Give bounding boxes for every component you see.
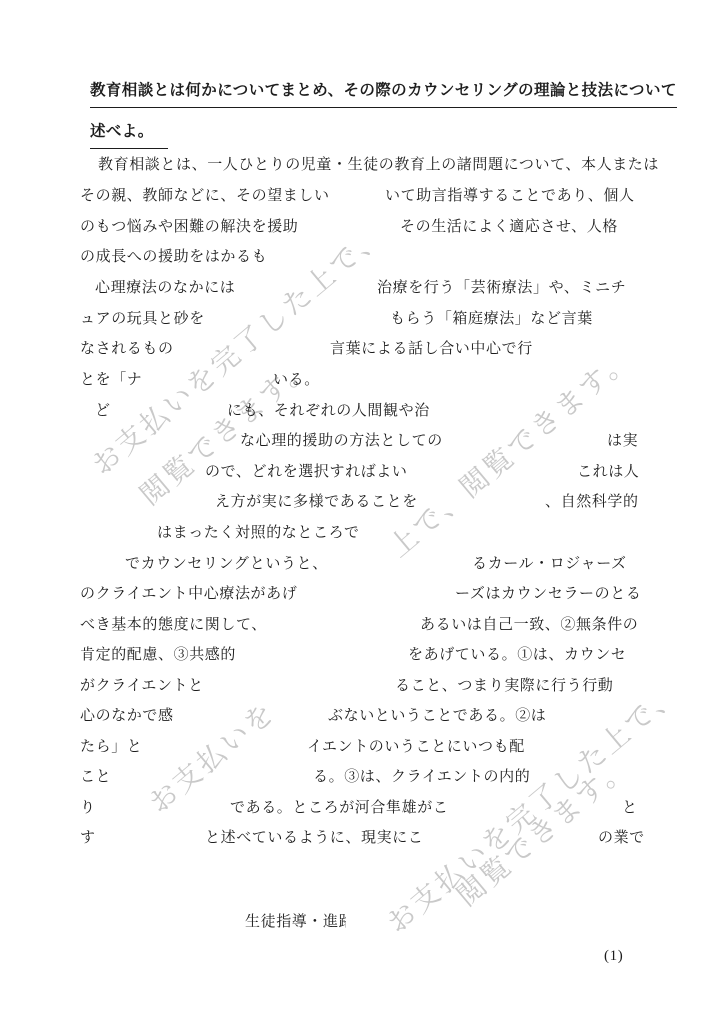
document-page: お支払いを完了した上で、 閲覧できます。 上で、閲覧できます。 お支払いを お支…: [0, 0, 724, 1024]
body-text-fragment: もらう「箱庭療法」など言葉: [390, 311, 593, 328]
body-text-fragment: す: [80, 830, 96, 847]
body-text-fragment: は実: [607, 433, 638, 450]
body-text-fragment: のクライエント中心療法があげ: [80, 586, 297, 603]
page-number: (1): [604, 948, 623, 965]
body-text-fragment: ーズはカウンセラーのとる: [455, 586, 641, 603]
body-text-fragment: り: [80, 800, 96, 817]
body-text-fragment: あるいは自己一致、②無条件の: [420, 617, 638, 634]
body-text-fragment: 治療を行う「芸術療法」や、ミニチ: [377, 280, 626, 297]
body-text-fragment: イエントのいうことにいつも配: [307, 739, 525, 756]
body-text-fragment: ど: [95, 403, 111, 420]
body-text-fragment: これは人: [577, 464, 639, 481]
body-text-fragment: とを「ナ: [80, 372, 142, 389]
body-text-fragment: たら」と: [80, 739, 142, 756]
body-text-fragment: の業で: [598, 830, 645, 847]
body-text-fragment: べき基本的態度に関して、: [80, 617, 267, 634]
body-text-fragment: ュアの玩具と砂を: [80, 311, 205, 328]
body-text-fragment: その親、教師などに、その望ましい: [80, 188, 330, 205]
body-text-fragment: 、自然科学的: [545, 494, 639, 511]
body-text-fragment: でカウンセリングというと、: [125, 556, 328, 573]
body-text-fragment: る。③は、クライエントの内的: [313, 769, 530, 786]
body-text-fragment: はまったく対照的なところで: [157, 525, 360, 542]
body-text-fragment: 言葉による話し合い中心で行: [330, 341, 533, 358]
body-text-fragment: るカール・ロジャーズ: [472, 556, 627, 573]
body-text-fragment: 教育相談とは、一人ひとりの児童・生徒の教育上の諸問題について、本人または: [98, 157, 659, 174]
body-text-fragment: いる。: [273, 372, 320, 389]
body-text-fragment: をあげている。①は、カウンセ: [408, 647, 626, 664]
body-text-fragment: 心理療法のなかには: [95, 280, 235, 297]
body-text-fragment: いて助言指導することであり、個人: [385, 188, 635, 205]
body-text-fragment: と述べているように、現実にこ: [205, 830, 423, 847]
body-text-fragment: の成長への援助をはかるも: [80, 249, 267, 266]
body-text-fragment: こと: [80, 769, 111, 786]
body-text-fragment: その生活によく適応させ、人格: [400, 219, 618, 236]
body-text-fragment: 心のなかで感: [80, 708, 174, 725]
body-text-fragment: がクライエントと: [80, 678, 204, 695]
footer-course-label: 生徒指導・進路: [245, 914, 346, 931]
body-text-fragment: と: [622, 800, 638, 817]
watermark-text: 上で、閲覧できます。: [379, 337, 640, 565]
footer-course-label-clipped-char: 路: [339, 914, 346, 931]
body-text-fragment: ので、どれを選択すればよい: [205, 464, 408, 481]
body-text-fragment: にも、それぞれの人間観や治: [227, 403, 430, 420]
body-text-fragment: な心理的援助の方法としての: [240, 433, 443, 450]
body-text-fragment: のもつ悩みや困難の解決を援助: [80, 219, 298, 236]
body-text-fragment: え方が実に多様であることを: [215, 494, 418, 511]
body-text-fragment: である。ところが河合隼雄がこ: [230, 800, 448, 817]
essay-title-line1: 教育相談とは何かについてまとめ、その際のカウンセリングの理論と技法について: [90, 82, 677, 108]
body-text-fragment: なされるもの: [80, 341, 174, 358]
body-text-fragment: ぶないということである。②は: [328, 708, 546, 725]
body-text-fragment: 肯定的配慮、③共感的: [80, 647, 236, 664]
body-text-fragment: ること、つまり実際に行う行動: [395, 678, 613, 695]
essay-title-line2: 述べよ。: [90, 123, 168, 149]
footer-course-label-text: 生徒指導・進: [245, 914, 339, 930]
